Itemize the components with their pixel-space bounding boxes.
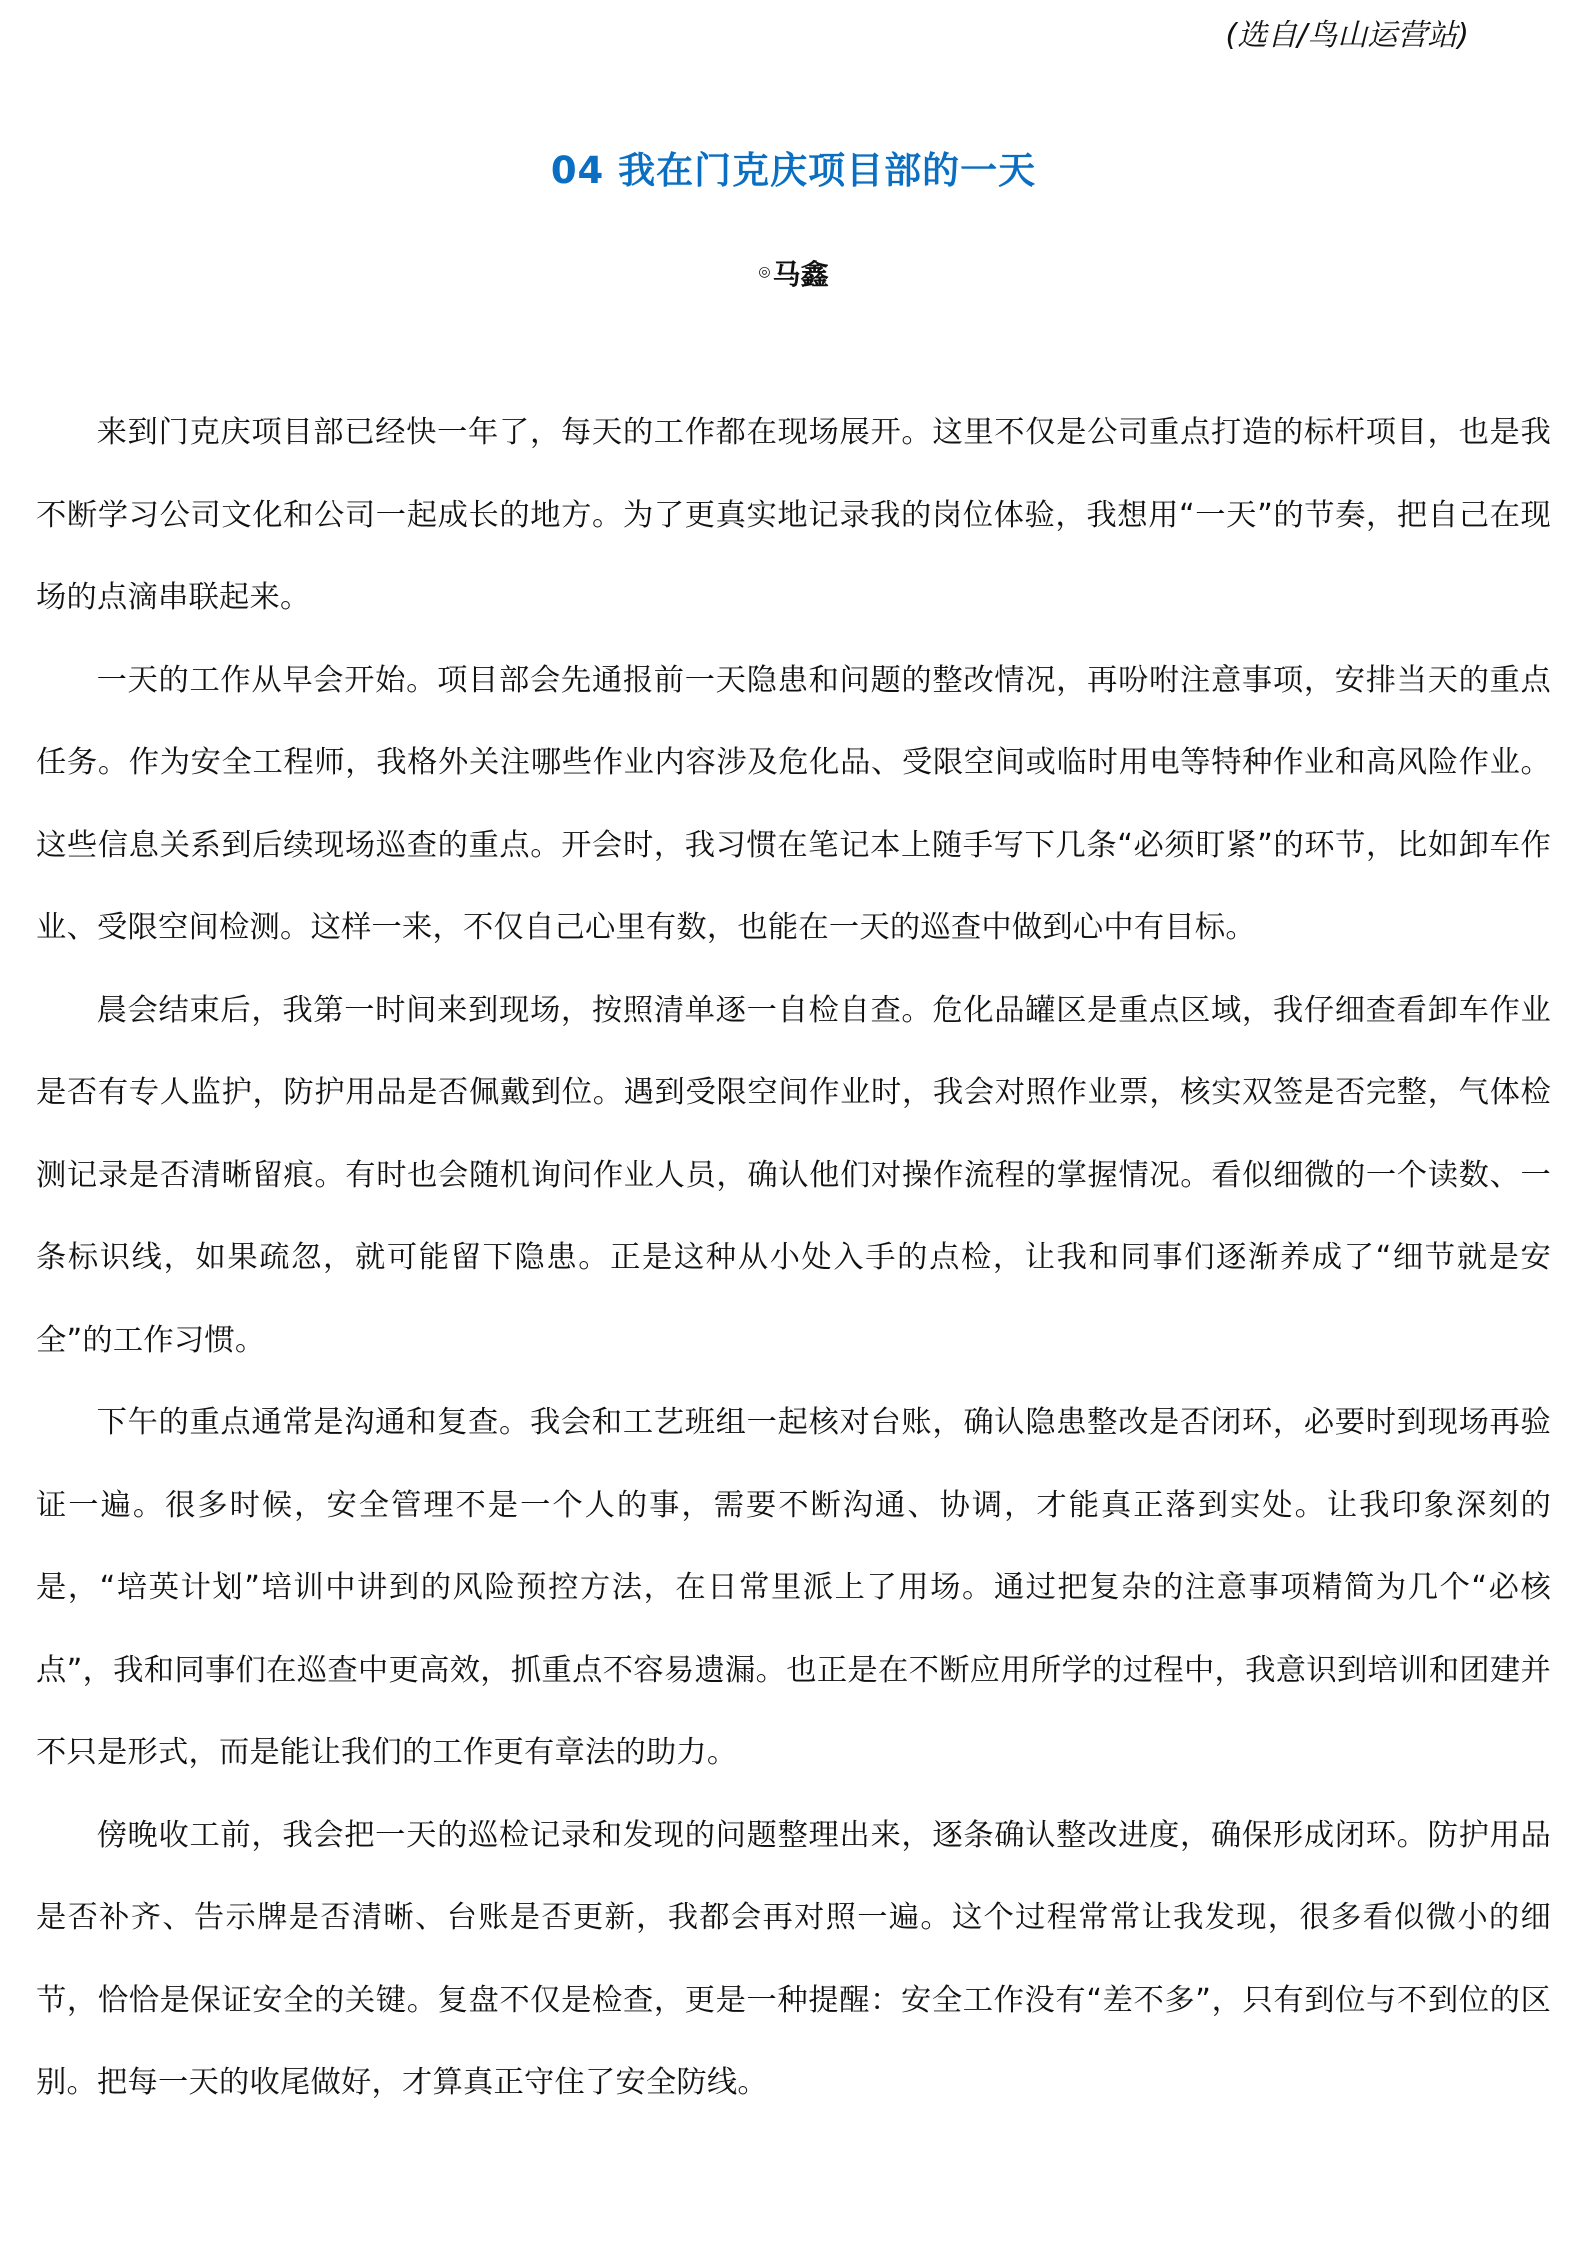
article-title: 04 我在门克庆项目部的一天 [0,140,1587,194]
paragraph-3: 晨会结束后，我第一时间来到现场，按照清单逐一自检自查。危化品罐区是重点区域，我仔… [36,970,1551,1383]
paragraph-5: 傍晚收工前，我会把一天的巡检记录和发现的问题整理出来，逐条确认整改进度，确保形成… [36,1795,1551,2125]
paragraph-4: 下午的重点通常是沟通和复查。我会和工艺班组一起核对台账，确认隐患整改是否闭环，必… [36,1382,1551,1795]
article-body: 来到门克庆项目部已经快一年了，每天的工作都在现场展开。这里不仅是公司重点打造的标… [36,392,1551,2125]
paragraph-1: 来到门克庆项目部已经快一年了，每天的工作都在现场展开。这里不仅是公司重点打造的标… [36,392,1551,640]
paragraph-2: 一天的工作从早会开始。项目部会先通报前一天隐患和问题的整改情况，再吩咐注意事项，… [36,640,1551,970]
source-note: (选自/鸟山运营站) [1225,10,1469,54]
byline-mark-icon: ◎ [758,264,770,280]
byline: ◎马鑫 [0,253,1587,293]
author-name: 马鑫 [773,258,829,291]
